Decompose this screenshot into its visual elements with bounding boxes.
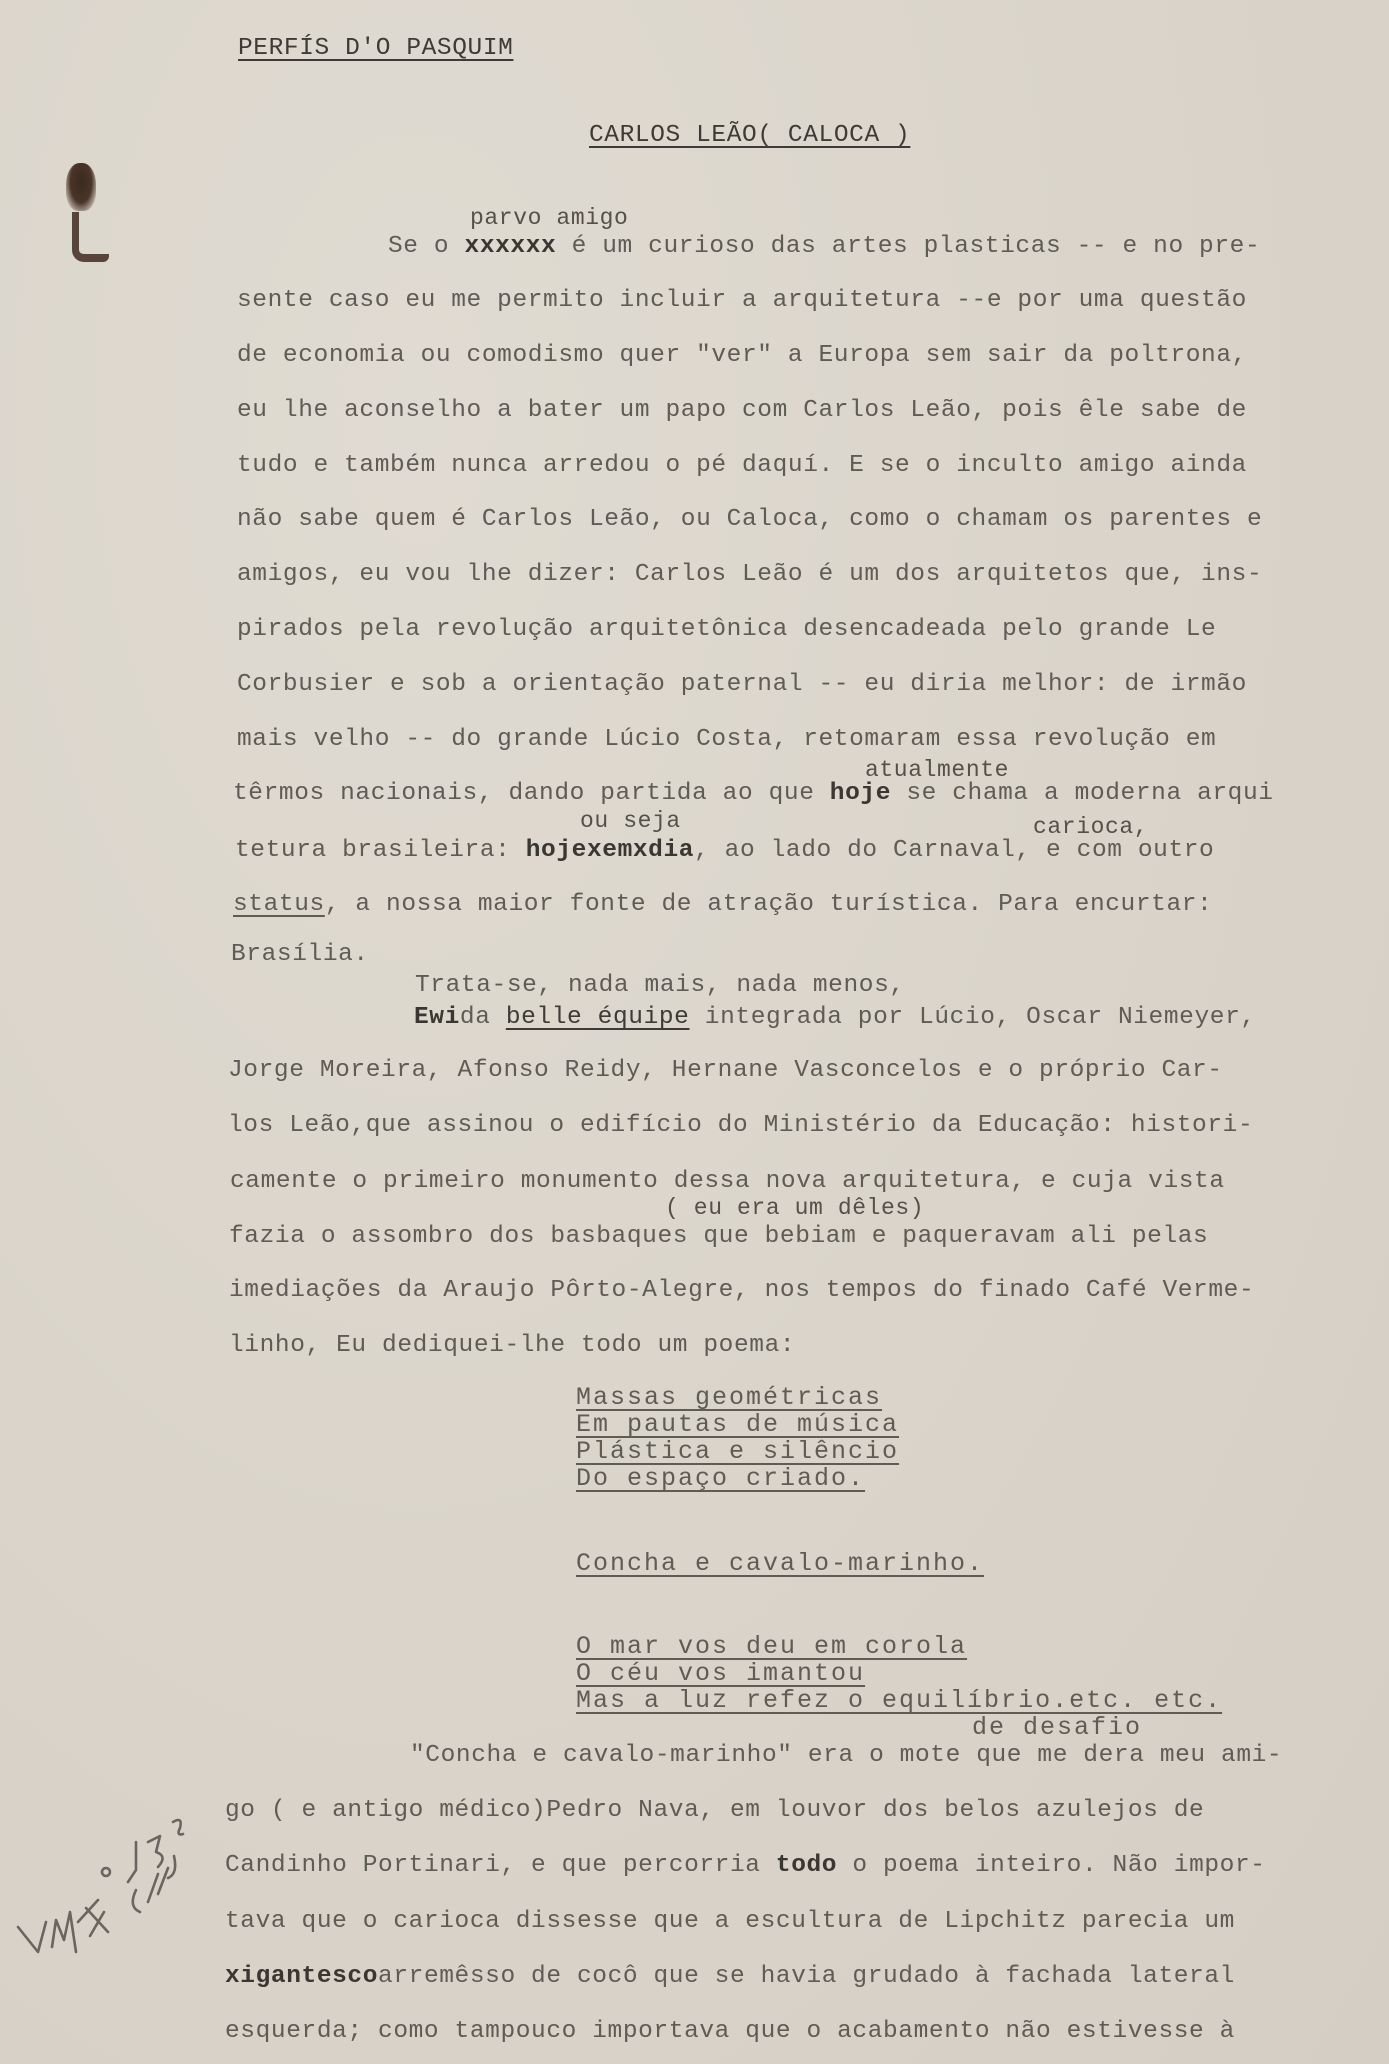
struck-text: xxxxxx <box>465 233 557 260</box>
handwritten-1 <box>128 1842 136 1882</box>
text-line: Brasília. <box>231 940 369 970</box>
ink-blot <box>66 163 96 211</box>
ink-blot-tail <box>72 212 109 262</box>
handwritten-v <box>18 1922 46 1952</box>
text-line: fazia o assombro dos basbaques que bebia… <box>229 1222 1208 1252</box>
struck-text: xigantesco <box>225 1963 378 1990</box>
handwritten-11 <box>133 1856 175 1912</box>
struck-text: hojexemxdia <box>526 837 694 864</box>
text-line: de economia ou comodismo quer "ver" a Eu… <box>237 341 1247 371</box>
text-line: los Leão,que assinou o edifício do Minis… <box>228 1111 1253 1141</box>
underlined-phrase: belle équipe <box>506 1004 690 1031</box>
text-line: eu lhe aconselho a bater um papo com Car… <box>237 396 1247 426</box>
text-line: Ewida belle équipe integrada por Lúcio, … <box>414 1003 1256 1033</box>
text-line: linho, Eu dediquei-lhe todo um poema: <box>229 1331 795 1361</box>
text-line: têrmos nacionais, dando partida ao que h… <box>233 779 1274 809</box>
underlined-word: status <box>233 891 325 918</box>
poem-title-line: Concha e cavalo-marinho. <box>576 1549 984 1579</box>
poem-line: O céu vos imantou <box>576 1659 865 1689</box>
struck-text: todo <box>776 1852 837 1879</box>
text-line: pirados pela revolução arquitetônica des… <box>237 615 1216 645</box>
poem-line: Do espaço criado. <box>576 1464 865 1494</box>
text-line: imediações da Araujo Pôrto-Alegre, nos t… <box>229 1276 1254 1306</box>
handwritten-5 <box>148 1836 163 1867</box>
text-line: mais velho -- do grande Lúcio Costa, ret… <box>237 725 1216 755</box>
text-line: status, a nossa maior fonte de atração t… <box>233 890 1212 920</box>
text-line: não sabe quem é Carlos Leão, ou Caloca, … <box>237 505 1262 535</box>
text-line: Candinho Portinari, e que percorria todo… <box>225 1851 1266 1881</box>
poem-line: Mas a luz refez o equilíbrio.etc. etc. <box>576 1686 1222 1716</box>
poem-line: Plástica e silêncio <box>576 1437 899 1467</box>
struck-text: hoje <box>830 780 891 807</box>
text-line: esquerda; como tampouco importava que o … <box>225 2017 1235 2047</box>
interlinear-insertion: de desafio <box>972 1713 1142 1743</box>
text-line: sente caso eu me permito incluir a arqui… <box>237 286 1247 316</box>
handwritten-8 <box>173 1820 183 1834</box>
text-line: xigantescoarremêsso de cocô que se havia… <box>225 1962 1235 1992</box>
text-line: amigos, eu vou lhe dizer: Carlos Leão é … <box>237 560 1262 590</box>
handwritten-degree <box>102 1868 110 1876</box>
text-line: Corbusier e sob a orientação paternal --… <box>237 670 1247 700</box>
handwritten-f <box>78 1900 108 1936</box>
text-line: go ( e antigo médico)Pedro Nava, em louv… <box>225 1796 1204 1826</box>
interlinear-correction: ou seja <box>580 806 681 836</box>
text-line: tava que o carioca dissesse que a escult… <box>225 1907 1235 1937</box>
handwritten-archive-note <box>8 1812 198 1962</box>
poem-line: Massas geométricas <box>576 1383 882 1413</box>
interlinear-insertion: ( eu era um dêles) <box>665 1193 924 1223</box>
struck-text: Ewi <box>414 1004 460 1031</box>
poem-line: O mar vos deu em corola <box>576 1632 967 1662</box>
poem-line: Em pautas de música <box>576 1410 899 1440</box>
text-line: Jorge Moreira, Afonso Reidy, Hernane Vas… <box>228 1056 1223 1086</box>
handwritten-m <box>52 1912 76 1952</box>
text-line: "Concha e cavalo-marinho" era o mote que… <box>410 1741 1282 1771</box>
typewritten-page: PERFÍS D'O PASQUIM CARLOS LEÃO( CALOCA )… <box>0 0 1389 2064</box>
article-heading: CARLOS LEÃO( CALOCA ) <box>589 121 910 151</box>
series-title: PERFÍS D'O PASQUIM <box>238 34 513 64</box>
interlinear-correction: parvo amigo <box>470 203 628 233</box>
text-line: tetura brasileira: hojexemxdia, ao lado … <box>235 836 1214 866</box>
interlinear-insertion: Trata-se, nada mais, nada menos, <box>415 971 905 1001</box>
text-line: tudo e também nunca arredou o pé daquí. … <box>237 451 1247 481</box>
text-line: Se o xxxxxx é um curioso das artes plast… <box>388 232 1260 262</box>
